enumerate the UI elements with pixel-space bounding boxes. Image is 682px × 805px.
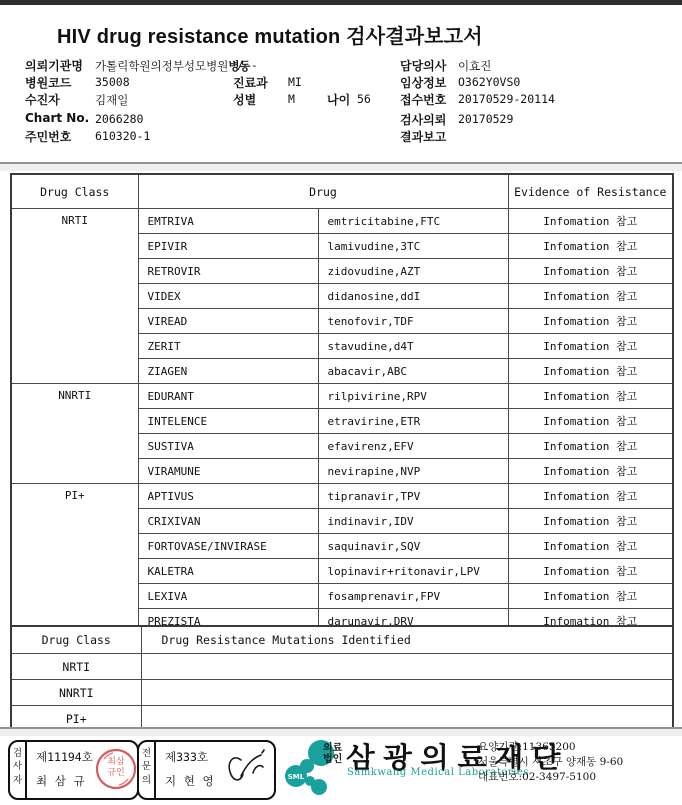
resistance-table: Drug Class Drug Evidence of Resistance N… — [10, 173, 674, 685]
hospital-code-value: 35008 — [95, 75, 130, 89]
examiner-seal-icon: 최삼 규인 — [94, 747, 138, 791]
evidence-link: Infomation 참고 — [508, 459, 673, 484]
table-row: NRTI — [11, 654, 673, 680]
receipt-no-label: 접수번호 — [400, 91, 446, 108]
dept-label: 진료과 — [233, 74, 268, 91]
receipt-no-value: 20170529-20114 — [458, 92, 555, 106]
resident-no-value: 610320-1 — [95, 129, 150, 143]
doctor-value: 이효진 — [458, 58, 491, 74]
evidence-link: Infomation 참고 — [508, 284, 673, 309]
doctor-label: 담당의사 — [400, 57, 446, 74]
col-header-drug: Drug — [138, 174, 508, 209]
org-type-label: 의료 법인 — [323, 743, 342, 765]
drug-class-cell: NRTI — [11, 209, 138, 384]
age-value: 56 — [357, 92, 371, 106]
section-divider — [0, 727, 682, 736]
col-header-mutations: Drug Resistance Mutations Identified — [141, 626, 673, 654]
table-row: NRTIEMTRIVAemtricitabine,FTCInfomation 참… — [11, 209, 673, 234]
page-title: HIV drug resistance mutation 검사결과보고서 — [57, 20, 483, 49]
table-header-row: Drug Class Drug Evidence of Resistance — [11, 174, 673, 209]
examiner-cert-no: 제11194호 — [36, 749, 93, 765]
request-date-value: 20170529 — [458, 112, 513, 126]
evidence-link: Infomation 참고 — [508, 384, 673, 409]
resident-no-label: 주민번호 — [25, 128, 71, 145]
sex-label: 성별 — [233, 91, 256, 108]
col-header-drug-class: Drug Class — [11, 174, 138, 209]
evidence-link: Infomation 참고 — [508, 234, 673, 259]
specialist-role-label: 전문의 — [139, 742, 156, 798]
mutations-table: Drug Class Drug Resistance Mutations Ide… — [10, 625, 674, 733]
org-extra: / - — [237, 58, 258, 72]
evidence-link: Infomation 참고 — [508, 209, 673, 234]
clinical-info-value: O362Y0VS0 — [458, 75, 520, 89]
table-row: NNRTI — [11, 680, 673, 706]
evidence-link: Infomation 참고 — [508, 534, 673, 559]
svg-text:최삼: 최삼 — [107, 755, 125, 767]
evidence-link: Infomation 참고 — [508, 259, 673, 284]
chart-no-label: Chart No. — [25, 111, 89, 125]
lab-phone: 대표번호:02-3497-5100 — [478, 770, 623, 785]
specialist-cert-no: 제333호 — [165, 749, 208, 765]
table-row: NNRTIEDURANTrilpivirine,RPVInfomation 참고 — [11, 384, 673, 409]
patient-name-value: 김재일 — [95, 92, 128, 108]
request-date-label: 검사의뢰 — [400, 111, 446, 128]
dept-value: MI — [288, 75, 302, 89]
top-border-bar — [0, 0, 682, 5]
examiner-stamp-box: 검사자 제11194호 최 삼 규 최삼 규인 — [8, 740, 139, 800]
care-org-number: 요양기관:11365200 — [478, 740, 623, 755]
org-label: 의뢰기관명 — [25, 57, 83, 74]
specialist-stamp-box: 전문의 제333호 지 현 영 — [137, 740, 276, 800]
drug-class-cell: NNRTI — [11, 384, 138, 484]
specialist-name: 지 현 영 — [165, 773, 216, 789]
clinical-info-label: 임상정보 — [400, 74, 446, 91]
evidence-link: Infomation 참고 — [508, 334, 673, 359]
table-header-row: Drug Class Drug Resistance Mutations Ide… — [11, 626, 673, 654]
evidence-link: Infomation 참고 — [508, 359, 673, 384]
col-header-drug-class: Drug Class — [11, 626, 141, 654]
section-divider — [0, 162, 682, 171]
evidence-link: Infomation 참고 — [508, 509, 673, 534]
signature-icon — [225, 746, 271, 794]
evidence-link: Infomation 참고 — [508, 484, 673, 509]
svg-text:규인: 규인 — [107, 766, 124, 778]
examiner-role-label: 검사자 — [10, 742, 27, 798]
chart-no-value: 2066280 — [95, 112, 143, 126]
examiner-name: 최 삼 규 — [36, 773, 87, 789]
svg-text:SML: SML — [288, 773, 305, 781]
lab-address: 서울특별시 서초구 양재동 9-60 — [478, 755, 623, 770]
hospital-code-label: 병원코드 — [25, 74, 71, 91]
lab-contact-info: 요양기관:11365200 서울특별시 서초구 양재동 9-60 대표번호:02… — [478, 740, 623, 785]
evidence-link: Infomation 참고 — [508, 584, 673, 609]
evidence-link: Infomation 참고 — [508, 434, 673, 459]
sex-value: M — [288, 92, 295, 106]
evidence-link: Infomation 참고 — [508, 309, 673, 334]
report-date-label: 결과보고 — [400, 128, 446, 145]
col-header-evidence: Evidence of Resistance — [508, 174, 673, 209]
table-row: PI+APTIVUStipranavir,TPVInfomation 참고 — [11, 484, 673, 509]
evidence-link: Infomation 참고 — [508, 409, 673, 434]
org-value: 가톨릭학원의정부성모병원병동 — [95, 58, 251, 74]
evidence-link: Infomation 참고 — [508, 559, 673, 584]
age-label: 나이 — [327, 91, 350, 108]
patient-label: 수진자 — [25, 91, 60, 108]
